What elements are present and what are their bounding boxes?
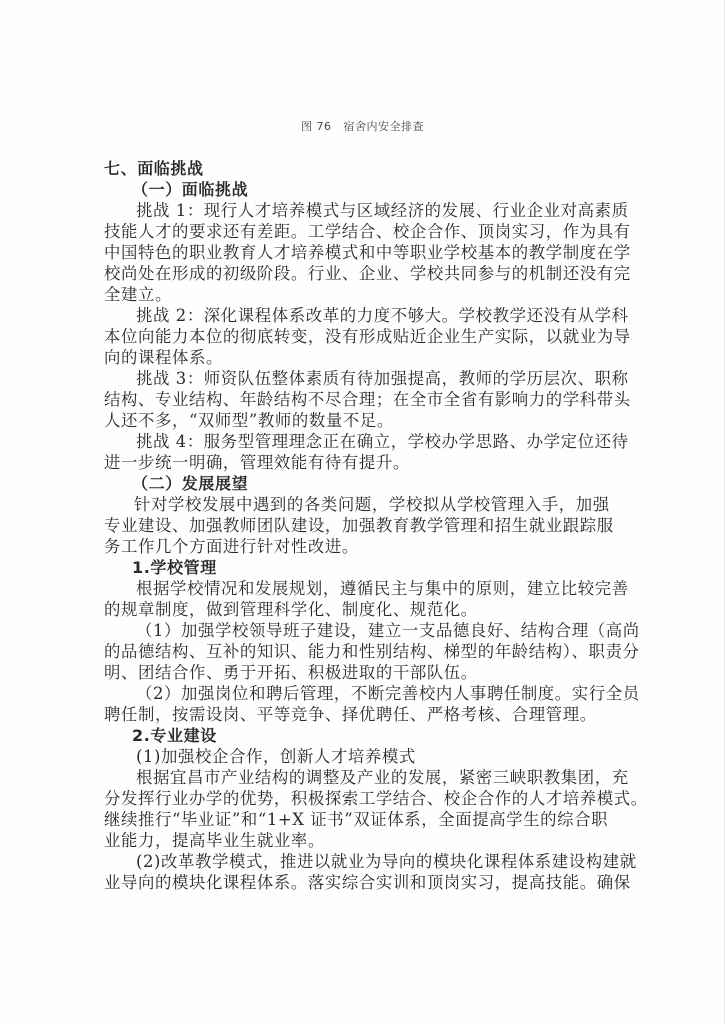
subsection-heading-challenges: （一）面临挑战 xyxy=(104,179,604,200)
paragraph-line: 挑战 4：服务型管理理念正在确立，学校办学思路、办学定位还待 xyxy=(104,431,604,452)
document-page: 图 76 宿舍内安全排查 七、面临挑战 （一）面临挑战 挑战 1：现行人才培养模… xyxy=(0,0,725,1024)
paragraph-line: 向的课程体系。 xyxy=(104,347,604,368)
paragraph-line: 结构、专业结构、年龄结构不尽合理；在全市全省有影响力的学科带头 xyxy=(104,389,604,410)
paragraph-line: 根据宜昌市产业结构的调整及产业的发展，紧密三峡职教集团，充 xyxy=(104,767,604,788)
paragraph-line: 挑战 3：师资队伍整体素质有待加强提高，教师的学历层次、职称 xyxy=(104,368,604,389)
paragraph-line: 技能人才的要求还有差距。工学结合、校企合作、顶岗实习，作为具有 xyxy=(104,221,604,242)
paragraph-line: 根据学校情况和发展规划，遵循民主与集中的原则，建立比较完善 xyxy=(104,578,604,599)
paragraph-line: （2）加强岗位和聘后管理，不断完善校内人事聘任制度。实行全员 xyxy=(104,683,604,704)
paragraph-line: 明、团结合作、勇于开拓、积极进取的干部队伍。 xyxy=(104,662,604,683)
paragraph-line: 挑战 1：现行人才培养模式与区域经济的发展、行业企业对高素质 xyxy=(104,200,604,221)
section-heading: 七、面临挑战 xyxy=(104,158,604,179)
paragraph-line: 校尚处在形成的初级阶段。行业、企业、学校共同参与的机制还没有完 xyxy=(104,263,604,284)
paragraph-line: (2)改革教学模式，推进以就业为导向的模块化课程体系建设构建就 xyxy=(104,851,604,872)
paragraph-line: 全建立。 xyxy=(104,284,604,305)
part-subheading: (1)加强校企合作，创新人才培养模式 xyxy=(104,746,604,767)
paragraph-line: 的品德结构、互补的知识、能力和性别结构、梯型的年龄结构）、职责分 xyxy=(104,641,604,662)
paragraph-line: 针对学校发展中遇到的各类问题，学校拟从学校管理入手，加强 xyxy=(104,494,604,515)
paragraph-line: 业能力，提高毕业生就业率。 xyxy=(104,830,604,851)
paragraph-line: 继续推行“毕业证”和“1+X 证书”双证体系，全面提高学生的综合职 xyxy=(104,809,604,830)
paragraph-line: 专业建设、加强教师团队建设，加强教育教学管理和招生就业跟踪服 xyxy=(104,515,604,536)
subsection-heading-outlook: （二）发展展望 xyxy=(104,473,604,494)
figure-number: 图 76 xyxy=(301,120,332,133)
paragraph-line: 分发挥行业办学的优势，积极探索工学结合、校企合作的人才培养模式。 xyxy=(104,788,604,809)
part-heading-school-management: 1.学校管理 xyxy=(104,557,604,578)
paragraph-line: 聘任制，按需设岗、平等竞争、择优聘任、严格考核、合理管理。 xyxy=(104,704,604,725)
paragraph-line: 挑战 2：深化课程体系改革的力度不够大。学校教学还没有从学科 xyxy=(104,305,604,326)
paragraph-line: 的规章制度，做到管理科学化、制度化、规范化。 xyxy=(104,599,604,620)
paragraph-line: 本位向能力本位的彻底转变，没有形成贴近企业生产实际，以就业为导 xyxy=(104,326,604,347)
paragraph-line: 业导向的模块化课程体系。落实综合实训和顶岗实习，提高技能。确保 xyxy=(104,872,604,893)
paragraph-line: 人还不多，“双师型”教师的数量不足。 xyxy=(104,410,604,431)
document-body: 七、面临挑战 （一）面临挑战 挑战 1：现行人才培养模式与区域经济的发展、行业企… xyxy=(104,158,604,893)
figure-caption: 图 76 宿舍内安全排查 xyxy=(0,118,725,134)
figure-title: 宿舍内安全排查 xyxy=(344,120,425,133)
paragraph-line: 务工作几个方面进行针对性改进。 xyxy=(104,536,604,557)
paragraph-line: 中国特色的职业教育人才培养模式和中等职业学校基本的教学制度在学 xyxy=(104,242,604,263)
paragraph-line: 进一步统一明确，管理效能有待有提升。 xyxy=(104,452,604,473)
paragraph-line: （1）加强学校领导班子建设，建立一支品德良好、结构合理（高尚 xyxy=(104,620,604,641)
part-heading-major-construction: 2.专业建设 xyxy=(104,725,604,746)
